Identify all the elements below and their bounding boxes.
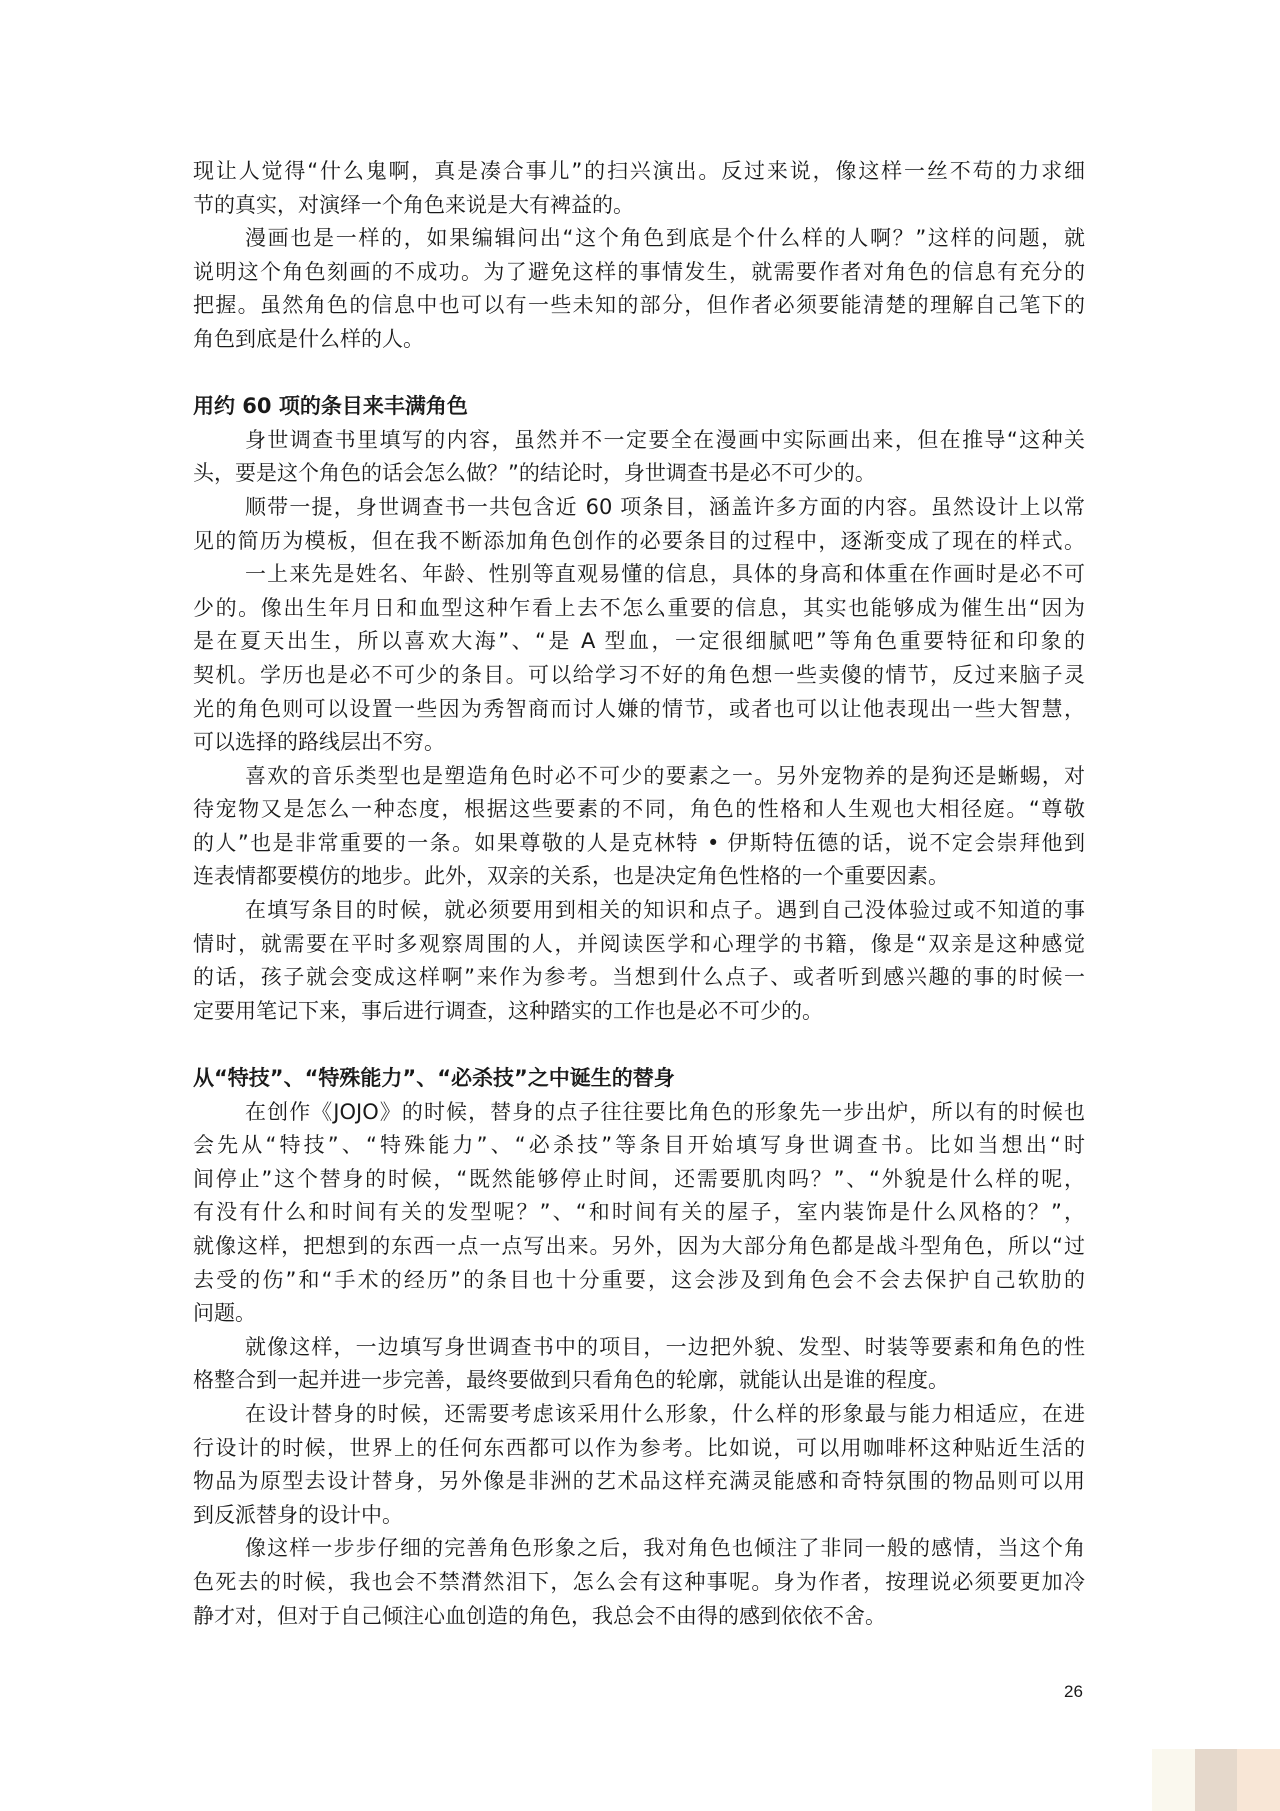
text-line: 定要用笔记下来，事后进行调查，这种踏实的工作也是必不可少的。 bbox=[193, 995, 1085, 1029]
text-line: 说明这个角色刻画的不成功。为了避免这样的事情发生，就需要作者对角色的信息有充分的 bbox=[193, 256, 1085, 290]
text-line: 物品为原型去设计替身，另外像是非洲的艺术品这样充满灵能感和奇特氛围的物品则可以用 bbox=[193, 1465, 1085, 1499]
paragraph: 在创作《JOJO》的时候，替身的点子往往要比角色的形象先一步出炉，所以有的时候也… bbox=[193, 1096, 1085, 1331]
text-line: 的人”也是非常重要的一条。如果尊敬的人是克林特 • 伊斯特伍德的话，说不定会崇拜… bbox=[193, 827, 1085, 861]
page-body: 现让人觉得“什么鬼啊，真是凑合事儿”的扫兴演出。反过来说，像这样一丝不苟的力求细… bbox=[193, 155, 1085, 1633]
paragraph: 在填写条目的时候，就必须要用到相关的知识和点子。遇到自己没体验过或不知道的事 情… bbox=[193, 894, 1085, 1028]
text-line: 可以选择的路线层出不穷。 bbox=[193, 726, 1085, 760]
paragraph: 在设计替身的时候，还需要考虑该采用什么形象，什么样的形象最与能力相适应，在进 行… bbox=[193, 1398, 1085, 1532]
text-line: 光的角色则可以设置一些因为秀智商而讨人嫌的情节，或者也可以让他表现出一些大智慧， bbox=[193, 693, 1085, 727]
text-line: 见的简历为模板，但在我不断添加角色创作的必要条目的过程中，逐渐变成了现在的样式。 bbox=[193, 525, 1085, 559]
text-line: 节的真实，对演绎一个角色来说是大有裨益的。 bbox=[193, 189, 1085, 223]
text-line: 是在夏天出生，所以喜欢大海”、“是 A 型血，一定很细腻吧”等角色重要特征和印象… bbox=[193, 625, 1085, 659]
paragraph: 就像这样，一边填写身世调查书中的项目，一边把外貌、发型、时装等要素和角色的性 格… bbox=[193, 1331, 1085, 1398]
decorative-color-block bbox=[1237, 1749, 1280, 1811]
paragraph: 喜欢的音乐类型也是塑造角色时必不可少的要素之一。另外宠物养的是狗还是蜥蜴，对 待… bbox=[193, 760, 1085, 894]
text-line: 情时，就需要在平时多观察周围的人，并阅读医学和心理学的书籍，像是“双亲是这种感觉 bbox=[193, 928, 1085, 962]
text-line: 格整合到一起并进一步完善，最终要做到只看角色的轮廓，就能认出是谁的程度。 bbox=[193, 1364, 1085, 1398]
text-line: 静才对，但对于自己倾注心血创造的角色，我总会不由得的感到依依不舍。 bbox=[193, 1600, 1085, 1634]
text-line: 头，要是这个角色的话会怎么做？”的结论时，身世调查书是必不可少的。 bbox=[193, 457, 1085, 491]
paragraph: 身世调查书里填写的内容，虽然并不一定要全在漫画中实际画出来，但在推导“这种关 头… bbox=[193, 424, 1085, 491]
section-60-items: 用约 60 项的条目来丰满角色 身世调查书里填写的内容，虽然并不一定要全在漫画中… bbox=[193, 390, 1085, 1028]
text-line: 待宠物又是怎么一种态度，根据这些要素的不同，角色的性格和人生观也大相径庭。“尊敬 bbox=[193, 793, 1085, 827]
text-line: 去受的伤”和“手术的经历”的条目也十分重要，这会涉及到角色会不会去保护自己软肋的 bbox=[193, 1264, 1085, 1298]
text-line: 喜欢的音乐类型也是塑造角色时必不可少的要素之一。另外宠物养的是狗还是蜥蜴，对 bbox=[193, 760, 1085, 794]
section-stand-origin: 从“特技”、“特殊能力”、“必杀技”之中诞生的替身 在创作《JOJO》的时候，替… bbox=[193, 1062, 1085, 1633]
paragraph: 现让人觉得“什么鬼啊，真是凑合事儿”的扫兴演出。反过来说，像这样一丝不苟的力求细… bbox=[193, 155, 1085, 222]
text-line: 就像这样，一边填写身世调查书中的项目，一边把外貌、发型、时装等要素和角色的性 bbox=[193, 1331, 1085, 1365]
text-line: 在设计替身的时候，还需要考虑该采用什么形象，什么样的形象最与能力相适应，在进 bbox=[193, 1398, 1085, 1432]
paragraph: 像这样一步步仔细的完善角色形象之后，我对角色也倾注了非同一般的感情，当这个角 色… bbox=[193, 1532, 1085, 1633]
text-line: 问题。 bbox=[193, 1297, 1085, 1331]
text-line: 色死去的时候，我也会不禁潸然泪下，怎么会有这种事呢。身为作者，按理说必须要更加冷 bbox=[193, 1566, 1085, 1600]
text-line: 现让人觉得“什么鬼啊，真是凑合事儿”的扫兴演出。反过来说，像这样一丝不苟的力求细 bbox=[193, 155, 1085, 189]
text-line: 契机。学历也是必不可少的条目。可以给学习不好的角色想一些卖傻的情节，反过来脑子灵 bbox=[193, 659, 1085, 693]
text-line: 间停止”这个替身的时候，“既然能够停止时间，还需要肌肉吗？”、“外貌是什么样的呢… bbox=[193, 1163, 1085, 1197]
text-line: 一上来先是姓名、年龄、性别等直观易懂的信息，具体的身高和体重在作画时是必不可 bbox=[193, 558, 1085, 592]
text-line: 身世调查书里填写的内容，虽然并不一定要全在漫画中实际画出来，但在推导“这种关 bbox=[193, 424, 1085, 458]
text-line: 就像这样，把想到的东西一点一点写出来。另外，因为大部分角色都是战斗型角色，所以“… bbox=[193, 1230, 1085, 1264]
text-line: 少的。像出生年月日和血型这种乍看上去不怎么重要的信息，其实也能够成为催生出“因为 bbox=[193, 592, 1085, 626]
text-line: 行设计的时候，世界上的任何东西都可以作为参考。比如说，可以用咖啡杯这种贴近生活的 bbox=[193, 1432, 1085, 1466]
text-line: 连表情都要模仿的地步。此外，双亲的关系，也是决定角色性格的一个重要因素。 bbox=[193, 860, 1085, 894]
section-heading: 从“特技”、“特殊能力”、“必杀技”之中诞生的替身 bbox=[193, 1062, 1085, 1096]
section-intro: 现让人觉得“什么鬼啊，真是凑合事儿”的扫兴演出。反过来说，像这样一丝不苟的力求细… bbox=[193, 155, 1085, 357]
paragraph: 一上来先是姓名、年龄、性别等直观易懂的信息，具体的身高和体重在作画时是必不可 少… bbox=[193, 558, 1085, 760]
section-spacer bbox=[193, 1028, 1085, 1062]
text-line: 在填写条目的时候，就必须要用到相关的知识和点子。遇到自己没体验过或不知道的事 bbox=[193, 894, 1085, 928]
page-number: 26 bbox=[1064, 1682, 1083, 1702]
text-line: 到反派替身的设计中。 bbox=[193, 1499, 1085, 1533]
text-line: 角色到底是什么样的人。 bbox=[193, 323, 1085, 357]
decorative-color-block bbox=[1195, 1749, 1237, 1811]
text-line: 的话，孩子就会变成这样啊”来作为参考。当想到什么点子、或者听到感兴趣的事的时候一 bbox=[193, 961, 1085, 995]
text-line: 会先从“特技”、“特殊能力”、“必杀技”等条目开始填写身世调查书。比如当想出“时 bbox=[193, 1129, 1085, 1163]
paragraph: 漫画也是一样的，如果编辑问出“这个角色到底是个什么样的人啊？”这样的问题，就 说… bbox=[193, 222, 1085, 356]
decorative-color-block bbox=[1152, 1749, 1195, 1811]
text-line: 顺带一提，身世调查书一共包含近 60 项条目，涵盖许多方面的内容。虽然设计上以常 bbox=[193, 491, 1085, 525]
text-line: 有没有什么和时间有关的发型呢？”、“和时间有关的屋子，室内装饰是什么风格的？”， bbox=[193, 1196, 1085, 1230]
text-line: 像这样一步步仔细的完善角色形象之后，我对角色也倾注了非同一般的感情，当这个角 bbox=[193, 1532, 1085, 1566]
section-heading: 用约 60 项的条目来丰满角色 bbox=[193, 390, 1085, 424]
text-line: 在创作《JOJO》的时候，替身的点子往往要比角色的形象先一步出炉，所以有的时候也 bbox=[193, 1096, 1085, 1130]
text-line: 漫画也是一样的，如果编辑问出“这个角色到底是个什么样的人啊？”这样的问题，就 bbox=[193, 222, 1085, 256]
text-line: 把握。虽然角色的信息中也可以有一些未知的部分，但作者必须要能清楚的理解自己笔下的 bbox=[193, 289, 1085, 323]
paragraph: 顺带一提，身世调查书一共包含近 60 项条目，涵盖许多方面的内容。虽然设计上以常… bbox=[193, 491, 1085, 558]
section-spacer bbox=[193, 357, 1085, 391]
